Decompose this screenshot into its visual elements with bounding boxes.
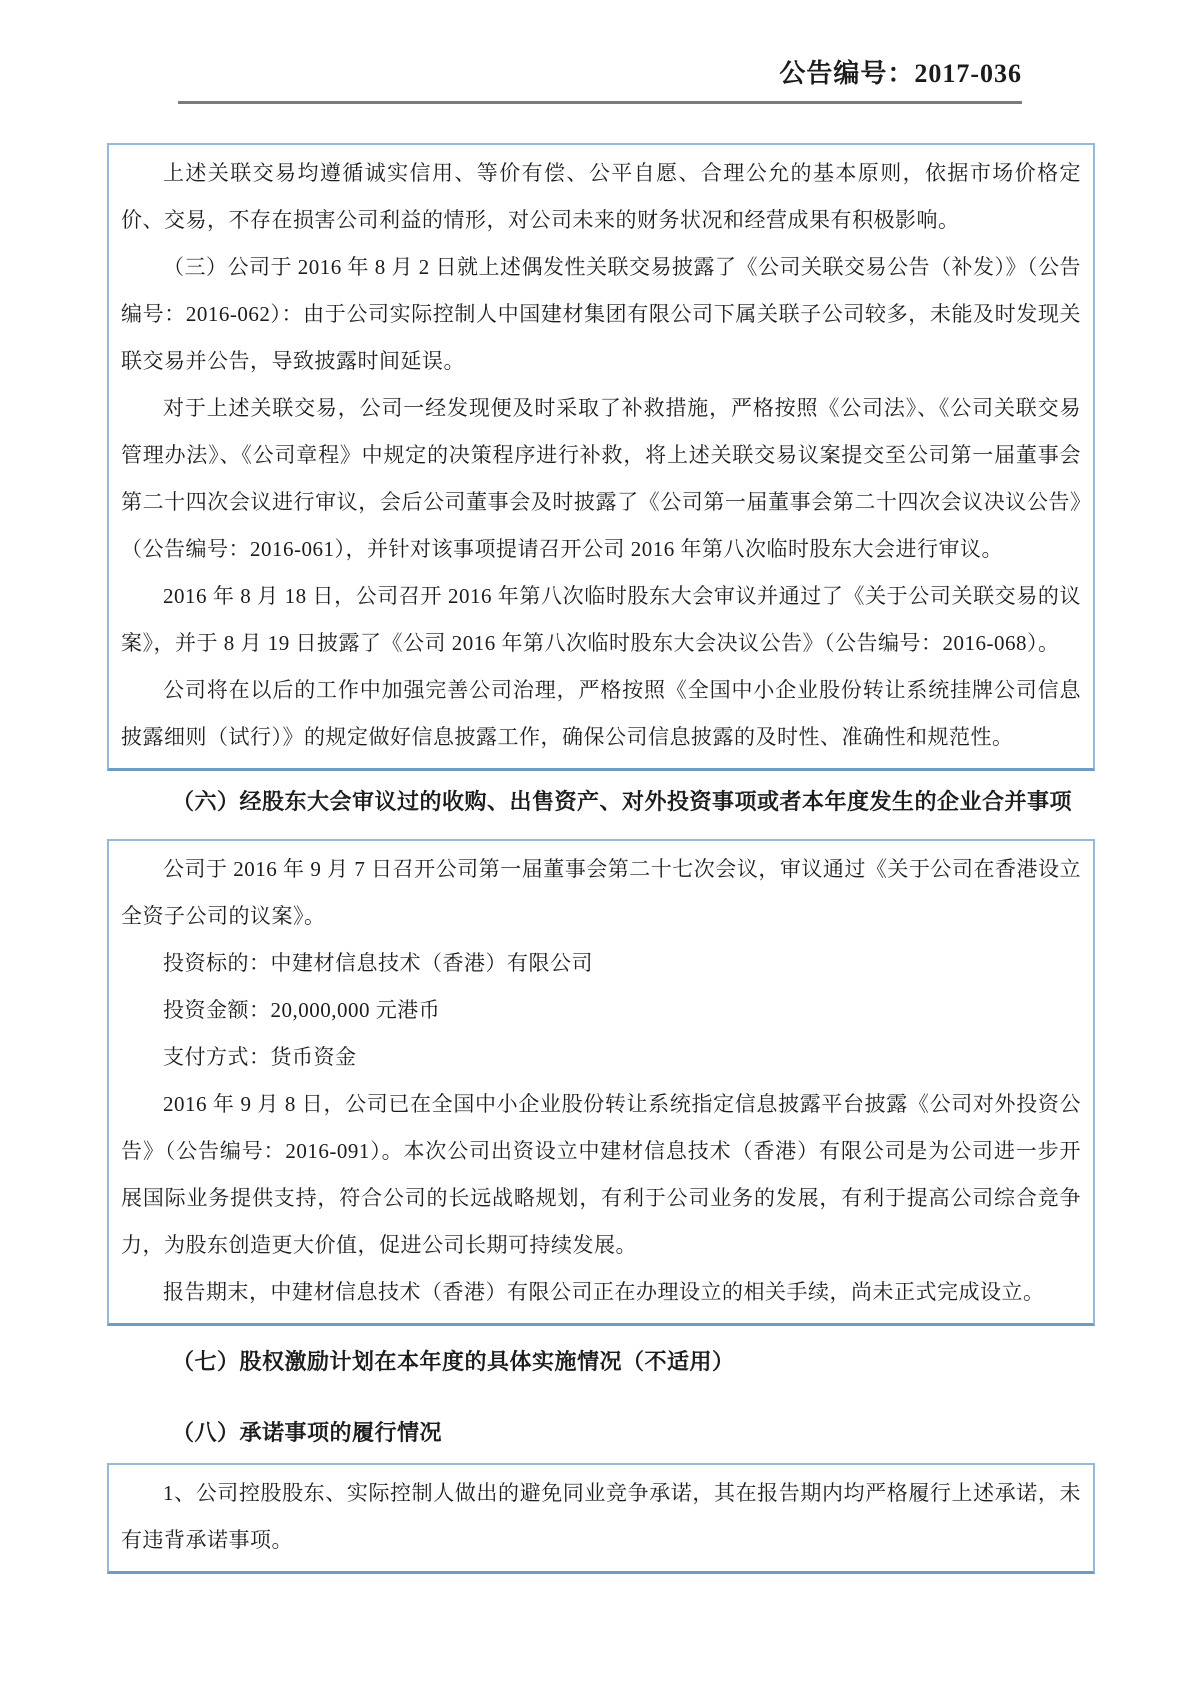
section-heading-eight: （八）承诺事项的履行情况 (0, 1418, 1200, 1448)
paragraph: 上述关联交易均遵循诚实信用、等价有偿、公平自愿、合理公允的基本原则，依据市场价格… (121, 150, 1081, 244)
paragraph: 1、公司控股股东、实际控制人做出的避免同业竞争承诺，其在报告期内均严格履行上述承… (121, 1470, 1081, 1564)
payment-method-line: 支付方式：货币资金 (121, 1034, 1081, 1081)
paragraph: 对于上述关联交易，公司一经发现便及时采取了补救措施，严格按照《公司法》、《公司关… (121, 385, 1081, 573)
paragraph: 公司将在以后的工作中加强完善公司治理，严格按照《全国中小企业股份转让系统挂牌公司… (121, 667, 1081, 761)
announcement-number-header: 公告编号：2017-036 (178, 58, 1022, 104)
paragraph: 报告期末，中建材信息技术（香港）有限公司正在办理设立的相关手续，尚未正式完成设立… (121, 1269, 1081, 1316)
paragraph: 2016 年 8 月 18 日，公司召开 2016 年第八次临时股东大会审议并通… (121, 573, 1081, 667)
investment-target-line: 投资标的：中建材信息技术（香港）有限公司 (121, 940, 1081, 987)
section-heading-six: （六）经股东大会审议过的收购、出售资产、对外投资事项或者本年度发生的企业合并事项 (0, 787, 1200, 817)
paragraph: （三）公司于 2016 年 8 月 2 日就上述偶发性关联交易披露了《公司关联交… (121, 244, 1081, 385)
paragraph: 公司于 2016 年 9 月 7 日召开公司第一届董事会第二十七次会议，审议通过… (121, 846, 1081, 940)
announcement-number: 公告编号：2017-036 (779, 59, 1022, 88)
investment-amount-line: 投资金额：20,000,000 元港币 (121, 987, 1081, 1034)
document-page: 公告编号：2017-036 上述关联交易均遵循诚实信用、等价有偿、公平自愿、合理… (0, 58, 1200, 1574)
related-transactions-box: 上述关联交易均遵循诚实信用、等价有偿、公平自愿、合理公允的基本原则，依据市场价格… (107, 143, 1095, 771)
section-heading-seven: （七）股权激励计划在本年度的具体实施情况（不适用） (0, 1347, 1200, 1377)
investment-box: 公司于 2016 年 9 月 7 日召开公司第一届董事会第二十七次会议，审议通过… (107, 839, 1095, 1326)
commitments-box: 1、公司控股股东、实际控制人做出的避免同业竞争承诺，其在报告期内均严格履行上述承… (107, 1463, 1095, 1574)
paragraph: 2016 年 9 月 8 日，公司已在全国中小企业股份转让系统指定信息披露平台披… (121, 1081, 1081, 1269)
